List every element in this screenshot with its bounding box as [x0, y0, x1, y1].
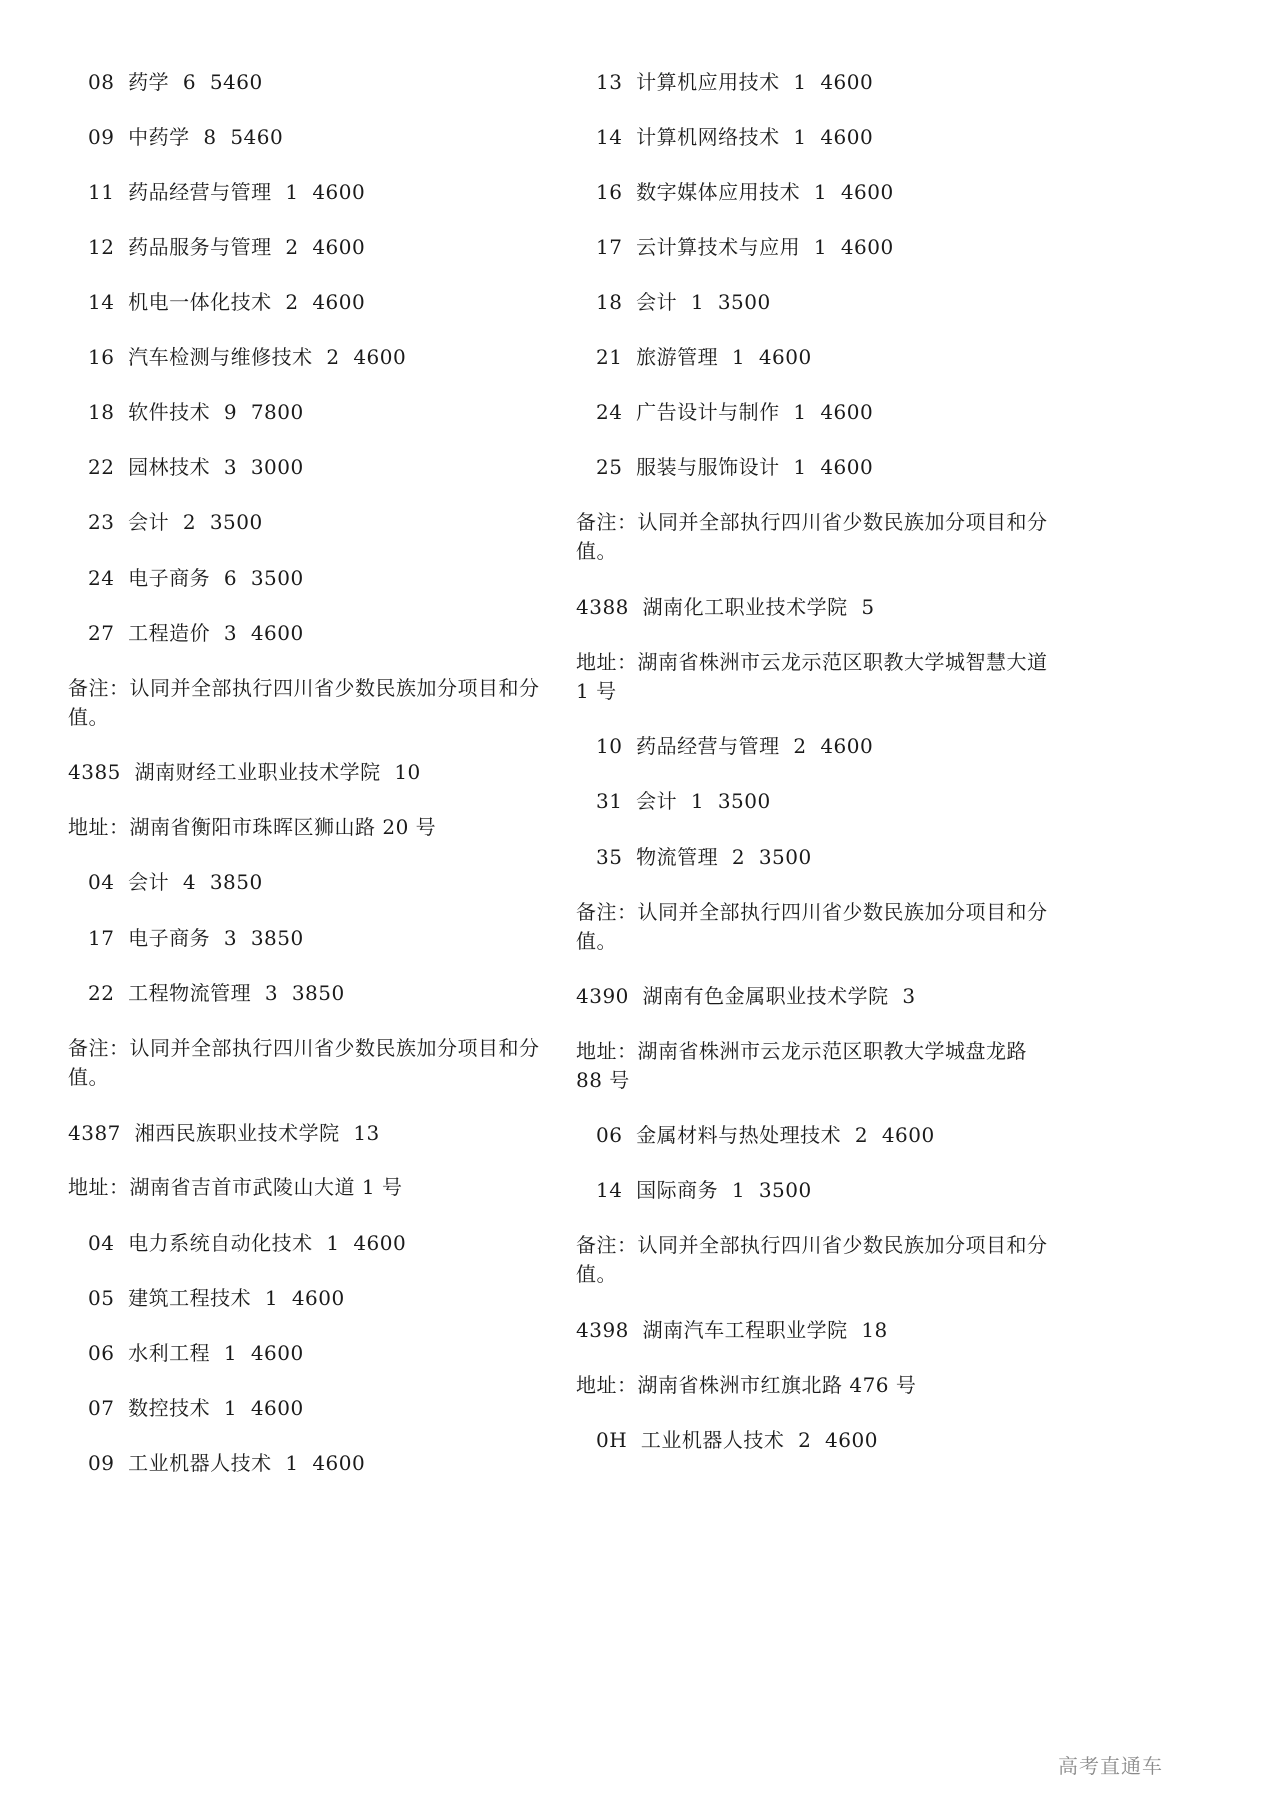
school-header: 4390 湖南有色金属职业技术学院 3: [576, 982, 916, 1011]
major-entry: 09 工业机器人技术 1 4600: [88, 1449, 365, 1478]
note-text: 备注：认同并全部执行四川省少数民族加分项目和分值。: [68, 674, 548, 732]
major-entry: 31 会计 1 3500: [596, 787, 771, 816]
school-header: 4388 湖南化工职业技术学院 5: [576, 593, 875, 622]
note-text: 备注：认同并全部执行四川省少数民族加分项目和分值。: [576, 898, 1056, 956]
school-header: 4385 湖南财经工业职业技术学院 10: [68, 758, 421, 787]
school-address: 地址：湖南省吉首市武陵山大道 1 号: [68, 1173, 402, 1202]
major-entry: 23 会计 2 3500: [88, 508, 263, 537]
major-entry: 18 会计 1 3500: [596, 288, 771, 317]
major-entry: 17 电子商务 3 3850: [88, 924, 304, 953]
school-header: 4387 湘西民族职业技术学院 13: [68, 1119, 380, 1148]
note-text: 备注：认同并全部执行四川省少数民族加分项目和分值。: [68, 1034, 548, 1092]
watermark: 高考直通车: [1058, 1750, 1163, 1779]
major-entry: 24 广告设计与制作 1 4600: [596, 398, 873, 427]
major-entry: 11 药品经营与管理 1 4600: [88, 178, 365, 207]
major-entry: 24 电子商务 6 3500: [88, 564, 304, 593]
major-entry: 27 工程造价 3 4600: [88, 619, 304, 648]
major-entry: 14 机电一体化技术 2 4600: [88, 288, 365, 317]
major-entry: 13 计算机应用技术 1 4600: [596, 68, 873, 97]
major-entry: 0H 工业机器人技术 2 4600: [596, 1426, 878, 1455]
document-page: 08 药学 6 546009 中药学 8 546011 药品经营与管理 1 46…: [0, 0, 1280, 1810]
school-address: 地址：湖南省衡阳市珠晖区狮山路 20 号: [68, 813, 436, 842]
major-entry: 05 建筑工程技术 1 4600: [88, 1284, 345, 1313]
major-entry: 06 水利工程 1 4600: [88, 1339, 304, 1368]
major-entry: 09 中药学 8 5460: [88, 123, 283, 152]
major-entry: 06 金属材料与热处理技术 2 4600: [596, 1121, 935, 1150]
major-entry: 12 药品服务与管理 2 4600: [88, 233, 365, 262]
major-entry: 22 园林技术 3 3000: [88, 453, 304, 482]
note-text: 备注：认同并全部执行四川省少数民族加分项目和分值。: [576, 508, 1056, 566]
major-entry: 21 旅游管理 1 4600: [596, 343, 812, 372]
school-header: 4398 湖南汽车工程职业学院 18: [576, 1316, 888, 1345]
major-entry: 04 会计 4 3850: [88, 868, 263, 897]
note-text: 备注：认同并全部执行四川省少数民族加分项目和分值。: [576, 1231, 1056, 1289]
school-address: 地址：湖南省株洲市云龙示范区职教大学城智慧大道 1 号: [576, 648, 1056, 706]
major-entry: 16 数字媒体应用技术 1 4600: [596, 178, 894, 207]
major-entry: 08 药学 6 5460: [88, 68, 263, 97]
school-address: 地址：湖南省株洲市云龙示范区职教大学城盘龙路 88 号: [576, 1037, 1056, 1095]
major-entry: 18 软件技术 9 7800: [88, 398, 304, 427]
major-entry: 17 云计算技术与应用 1 4600: [596, 233, 894, 262]
major-entry: 14 国际商务 1 3500: [596, 1176, 812, 1205]
major-entry: 22 工程物流管理 3 3850: [88, 979, 345, 1008]
major-entry: 10 药品经营与管理 2 4600: [596, 732, 873, 761]
school-address: 地址：湖南省株洲市红旗北路 476 号: [576, 1371, 916, 1400]
major-entry: 07 数控技术 1 4600: [88, 1394, 304, 1423]
major-entry: 25 服装与服饰设计 1 4600: [596, 453, 873, 482]
major-entry: 14 计算机网络技术 1 4600: [596, 123, 873, 152]
major-entry: 16 汽车检测与维修技术 2 4600: [88, 343, 406, 372]
major-entry: 35 物流管理 2 3500: [596, 843, 812, 872]
major-entry: 04 电力系统自动化技术 1 4600: [88, 1229, 406, 1258]
